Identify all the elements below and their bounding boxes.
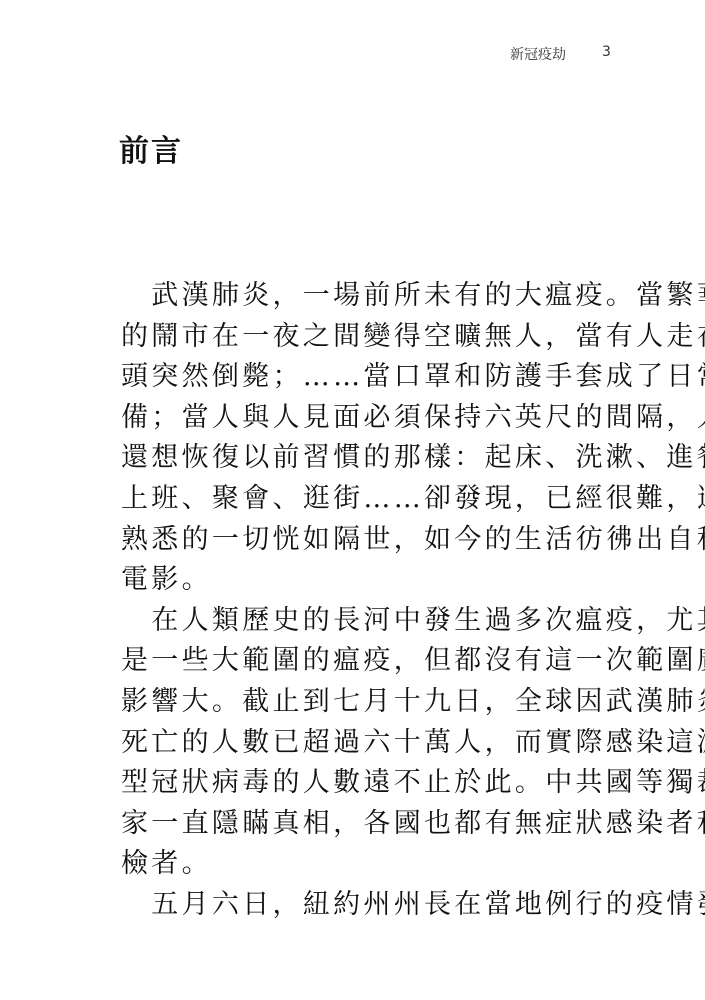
page-number: 3 (602, 44, 611, 60)
text-line: 在人類歷史的長河中發生過多次瘟疫，尤其 (121, 601, 611, 642)
text-line: 還想恢復以前習慣的那樣：起床、洗漱、進餐、 (121, 438, 611, 479)
text-line: 電影。 (121, 560, 611, 601)
text-line: 上班、聚會、逛街……卻發現，已經很難，過去 (121, 479, 611, 520)
text-line: 是一些大範圍的瘟疫，但都沒有這一次範圍廣、 (121, 641, 611, 682)
text-line: 檢者。 (121, 844, 611, 885)
text-line: 影響大。截止到七月十九日，全球因武漢肺炎而 (121, 682, 611, 723)
chapter-title: 前言 (119, 126, 183, 170)
running-header: 新冠疫劫 3 (510, 44, 566, 64)
text-line: 死亡的人數已超過六十萬人，而實際感染這波新 (121, 723, 611, 764)
text-line: 武漢肺炎，一場前所未有的大瘟疫。當繁華 (121, 276, 611, 317)
book-title: 新冠疫劫 (510, 47, 566, 63)
text-line: 頭突然倒斃；……當口罩和防護手套成了日常必 (121, 357, 611, 398)
text-line: 熟悉的一切恍如隔世，如今的生活彷彿出自科幻 (121, 520, 611, 561)
text-line: 型冠狀病毒的人數遠不止於此。中共國等獨裁國 (121, 763, 611, 804)
text-line: 五月六日，紐約州州長在當地例行的疫情發 (121, 885, 611, 926)
body-text: 武漢肺炎，一場前所未有的大瘟疫。當繁華 的鬧市在一夜之間變得空曠無人，當有人走在… (121, 276, 611, 926)
text-line: 的鬧市在一夜之間變得空曠無人，當有人走在街 (121, 317, 611, 358)
text-line: 備；當人與人見面必須保持六英尺的間隔，人們 (121, 398, 611, 439)
text-line: 家一直隱瞞真相，各國也都有無症狀感染者和漏 (121, 804, 611, 845)
